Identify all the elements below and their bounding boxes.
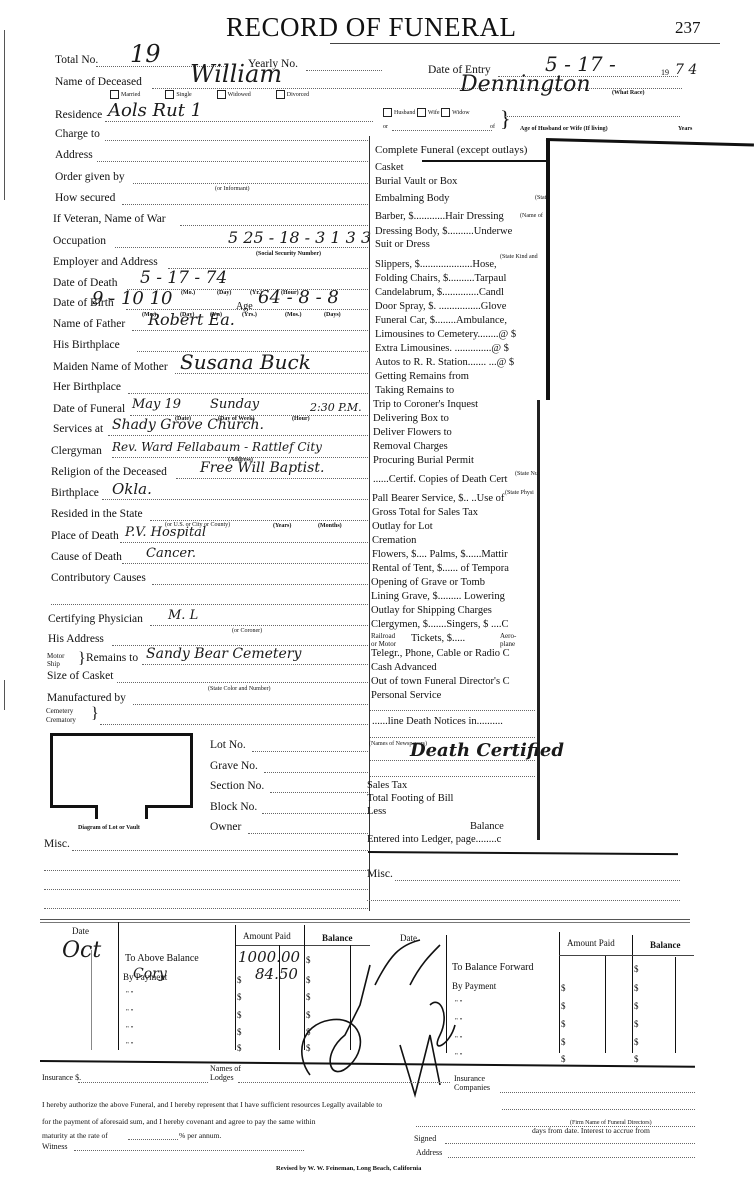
- religion-value[interactable]: Free Will Baptist.: [200, 460, 324, 476]
- witness-label: Witness: [42, 1142, 67, 1151]
- charge-item: Casket: [375, 162, 404, 173]
- ledger-row-amount-currency: $: [237, 1027, 242, 1037]
- authorization-line2: for the payment of aforesaid sum, and I …: [42, 1117, 316, 1126]
- charge-item: Autos to R. R. Station....... ...@ $: [375, 357, 514, 368]
- charge-item: Rental of Tent, $...... of Tempora: [372, 563, 509, 574]
- charges-header-underline: [422, 160, 547, 162]
- charge-item: Slippers, $....................Hose,: [375, 259, 497, 270]
- charge-item: Barber, $............Hair Dressing: [375, 211, 504, 222]
- ledger-row-label: " ": [126, 1025, 133, 1033]
- ssn-value[interactable]: 5 25 - 18 - 3 1 3 3: [228, 228, 371, 247]
- religion-label: Religion of the Deceased: [51, 466, 167, 478]
- page-number: 237: [675, 18, 701, 38]
- brace-motor: }: [78, 650, 86, 668]
- ledger-right-col3: [605, 955, 606, 1053]
- charge-item: Flowers, $.... Palms, $......Mattir: [372, 549, 508, 560]
- residence-label: Residence: [55, 109, 102, 121]
- grave-no-label: Grave No.: [210, 760, 258, 772]
- charge-item: ......line Death Notices in..........: [372, 716, 503, 727]
- age-spouse-label: Age of Husband or Wife (If living): [520, 126, 608, 132]
- charge-item: Suit or Dress: [375, 239, 430, 250]
- veteran-label: If Veteran, Name of War: [53, 213, 166, 225]
- services-at-value[interactable]: Shady Grove Church.: [112, 417, 264, 433]
- ledger-row-balance-currency: $: [634, 1019, 639, 1029]
- ledger-row-amount-currency: $: [561, 1037, 566, 1047]
- father-label: Name of Father: [53, 318, 125, 330]
- address-line[interactable]: [448, 1157, 695, 1158]
- death-certified-handwriting[interactable]: Death Certified: [410, 740, 564, 761]
- ledger-row-label: To Above Balance: [125, 953, 199, 964]
- ledger-row-amount-currency: $: [561, 1001, 566, 1011]
- section-no-label: Section No.: [210, 780, 264, 792]
- charge-item: Funeral Car, $........Ambulance,: [375, 315, 507, 326]
- note-state-nu: (State Nu: [515, 471, 538, 477]
- husband-label: Husband: [394, 110, 415, 116]
- charge-item: Taking Remains to: [375, 385, 454, 396]
- ledger-row-balance-currency: $: [634, 1001, 639, 1011]
- ledger-row-amount-currency: $: [561, 1019, 566, 1029]
- checkbox-married[interactable]: [110, 90, 119, 99]
- name-first-value[interactable]: William: [190, 60, 282, 88]
- revised-by: Revised by W. W. Feineman, Long Beach, C…: [276, 1165, 421, 1172]
- aeroplane-bottom: plane: [500, 640, 515, 648]
- cemetery-label: Cemetery: [46, 707, 73, 715]
- title-underline: [330, 43, 720, 44]
- married-label: Married: [121, 92, 140, 98]
- charge-item: Entered into Ledger, page........c: [367, 834, 501, 845]
- charge-item: Cremation: [372, 535, 416, 546]
- name-of-deceased-label: Name of Deceased: [55, 76, 142, 88]
- signed-line[interactable]: [445, 1143, 695, 1144]
- clergyman-value[interactable]: Rev. Ward Fellabaum - Rattlef City: [112, 440, 322, 454]
- checkbox-widow[interactable]: [441, 108, 450, 117]
- charge-item: Delivering Box to: [373, 413, 449, 424]
- charge-item: Embalming Body: [375, 193, 449, 204]
- charge-item: Tickets, $.....: [411, 633, 465, 644]
- funeral-day-value[interactable]: Sunday: [210, 397, 259, 412]
- size-of-casket-label: Size of Casket: [47, 670, 113, 682]
- charge-item: Outlay for Lot: [372, 521, 433, 532]
- birth-note-mos: (Mos.): [285, 312, 302, 318]
- single-label: Single: [176, 92, 191, 98]
- charge-item: Deliver Flowers to: [373, 427, 452, 438]
- checkbox-husband[interactable]: [383, 108, 392, 117]
- ledger-row-balance-currency: $: [634, 1037, 639, 1047]
- ledger-left-col0: [91, 950, 92, 1050]
- block-no-label: Block No.: [210, 801, 257, 813]
- ledger-left-col2: [235, 925, 236, 1050]
- birth-note-yrs: (Yrs.): [242, 312, 257, 318]
- birthplace-label: Birthplace: [51, 487, 99, 499]
- redaction-top-line: [546, 138, 754, 146]
- ship-label: Ship: [47, 660, 60, 668]
- lot-diagram: [50, 733, 193, 808]
- residence-value[interactable]: Aols Rut 1: [108, 100, 202, 121]
- name-last-value[interactable]: Dennington: [460, 72, 591, 97]
- ledger-row-amount-currency: $: [237, 992, 242, 1002]
- ledger-right-col4: [632, 935, 633, 1053]
- ledger-row-amount-currency: $: [237, 1043, 242, 1053]
- wife-label: Wife: [428, 110, 440, 116]
- mother-maiden-value[interactable]: Susana Buck: [180, 350, 311, 374]
- ledger-left-amount-header: Amount Paid: [243, 931, 291, 941]
- funeral-note-hour: (Hour): [292, 416, 310, 422]
- father-value[interactable]: Robert Ea.: [148, 310, 235, 329]
- divorced-label: Divorced: [287, 92, 309, 98]
- widowed-label: Widowed: [228, 92, 251, 98]
- charge-item: Folding Chairs, $..........Tarpaul: [375, 273, 506, 284]
- charge-item: Door Spray, $. ................Glove: [375, 301, 506, 312]
- checkbox-divorced[interactable]: [276, 90, 285, 99]
- mother-maiden-label: Maiden Name of Mother: [53, 361, 168, 373]
- authorization-line1: I hereby authorize the above Funeral, an…: [42, 1100, 382, 1109]
- charge-item: ......Certif. Copies of Death Cert: [373, 474, 507, 485]
- date-of-birth-value[interactable]: 9 - 10 10: [92, 288, 173, 309]
- percent-text: % per annum.: [179, 1131, 221, 1140]
- his-address-label: His Address: [48, 633, 104, 645]
- employer-label: Employer and Address: [53, 256, 158, 268]
- ledger-top-border: [40, 919, 690, 920]
- charge-item: Gross Total for Sales Tax: [372, 507, 478, 518]
- charge-item: Getting Remains from: [375, 371, 469, 382]
- date-year-value[interactable]: 7 4: [675, 62, 697, 78]
- lot-diagram-post-right: [145, 805, 148, 819]
- lodges-label-bottom: Lodges: [210, 1073, 234, 1082]
- birthplace-value[interactable]: Okla.: [112, 480, 152, 498]
- margin-mark: [4, 30, 5, 200]
- manufactured-by-label: Manufactured by: [47, 692, 126, 704]
- charges-right-edge: [546, 140, 550, 400]
- remains-to-label: Remains to: [86, 652, 138, 664]
- certifying-physician-label: Certifying Physician: [48, 613, 143, 625]
- lot-diagram-bottom-left: [50, 805, 98, 808]
- days-text: days from date. Interest to accrue from: [532, 1126, 650, 1135]
- total-no-value[interactable]: 19: [130, 40, 161, 68]
- cause-of-death-value[interactable]: Cancer.: [146, 546, 196, 561]
- charge-item: Telegr., Phone, Cable or Radio C: [371, 648, 510, 659]
- resided-note-months: (Months): [318, 523, 342, 529]
- railroad-label-bottom: or Motor: [371, 640, 396, 648]
- note-name-of: (Name of: [520, 213, 543, 219]
- address-label: Address: [55, 149, 93, 161]
- services-at-label: Services at: [53, 423, 103, 435]
- ledger-row-balance-currency: $: [634, 964, 639, 974]
- crematory-label: Crematory: [46, 716, 76, 724]
- lot-diagram-post-left: [95, 805, 98, 819]
- charge-item: Less: [367, 806, 386, 817]
- spouse-of: of: [490, 124, 495, 130]
- lot-no-label: Lot No.: [210, 739, 246, 751]
- witness-line[interactable]: [74, 1150, 304, 1151]
- charge-item: Opening of Grave or Tomb: [371, 577, 485, 588]
- railroad-label-top: Railroad: [371, 632, 395, 640]
- charge-item: Balance: [470, 821, 504, 832]
- maturity-text: maturity at the rate of: [42, 1131, 108, 1140]
- ledger-row-amount-currency: $: [561, 983, 566, 993]
- resided-label: Resided in the State: [51, 508, 143, 520]
- casket-color-note: (State Color and Number): [208, 686, 270, 692]
- informant-note: (or Informant): [215, 186, 250, 192]
- margin-mark: [4, 680, 5, 710]
- marital-checkboxes: Married Single Widowed Divorced: [110, 90, 309, 99]
- ledger-left-date-header: Date: [72, 926, 89, 936]
- ssn-note: (Social Security Number): [256, 251, 321, 257]
- place-of-death-value[interactable]: P.V. Hospital: [125, 525, 206, 540]
- age-spouse-years: Years: [678, 126, 692, 132]
- charge-item: Candelabrum, $..............Candl: [375, 287, 504, 298]
- insurance-companies-bottom: Companies: [454, 1083, 490, 1092]
- ledger-row-balance-currency: $: [634, 1054, 639, 1064]
- death-note-day: (Day): [217, 290, 231, 296]
- charges-header: Complete Funeral (except outlays): [375, 144, 527, 156]
- aeroplane-top: Aero-: [500, 632, 516, 640]
- diagram-label: Diagram of Lot or Vault: [78, 825, 140, 831]
- ledger-row-label: " ": [126, 1041, 133, 1049]
- insurance-companies-top: Insurance: [454, 1074, 485, 1083]
- ledger-divider: [368, 851, 678, 855]
- checkbox-widowed[interactable]: [217, 90, 226, 99]
- ledger-right-balance-header: Balance: [650, 940, 681, 950]
- birth-note-days: (Days): [324, 312, 341, 318]
- charges-right-edge-lower: [537, 400, 540, 840]
- ledger-right-col2: [559, 932, 560, 1053]
- brace-cemetery: }: [91, 705, 99, 723]
- charge-item: Lining Grave, $......... Lowering: [371, 591, 505, 602]
- place-of-death-label: Place of Death: [51, 530, 119, 542]
- charge-item: Trip to Coroner's Inquest: [373, 399, 478, 410]
- order-given-by-label: Order given by: [55, 171, 125, 183]
- remains-to-value[interactable]: Sandy Bear Cemetery: [146, 646, 301, 662]
- note-state-physi: (State Physi: [505, 490, 534, 496]
- checkbox-wife[interactable]: [417, 108, 426, 117]
- certifying-physician-value[interactable]: M. L: [168, 608, 198, 623]
- date-year-prefix: 19: [661, 68, 669, 77]
- page-title: RECORD OF FUNERAL: [226, 12, 517, 43]
- contributory-causes-label: Contributory Causes: [51, 572, 146, 584]
- age-value[interactable]: 64 - 8 - 8: [258, 287, 339, 308]
- checkbox-single[interactable]: [165, 90, 174, 99]
- insurance-label: Insurance $.: [42, 1073, 81, 1082]
- what-race-label: (What Race): [612, 90, 645, 96]
- ledger-row-label: " ": [126, 1008, 133, 1016]
- motor-label: Motor: [47, 652, 65, 660]
- clergyman-label: Clergyman: [51, 445, 102, 457]
- widow-label: Widow: [452, 110, 469, 116]
- death-note-mo: (Mo.): [181, 290, 195, 296]
- funeral-date-value[interactable]: May 19: [132, 397, 181, 412]
- note-state-kind: (State Kind and: [500, 254, 538, 260]
- charge-item: Outlay for Shipping Charges: [371, 605, 492, 616]
- charge-item: Cash Advanced: [371, 662, 437, 673]
- spouse-or: or: [383, 124, 388, 130]
- misc-right-label: Misc.: [367, 868, 393, 880]
- ledger-row-amount-currency: $: [237, 1010, 242, 1020]
- charge-item: Pall Bearer Service, $.. ..Use of: [372, 493, 504, 504]
- signed-label: Signed: [414, 1134, 436, 1143]
- date-of-death-value[interactable]: 5 - 17 - 74: [140, 268, 227, 288]
- charge-item: Dressing Body, $..........Underwe: [375, 226, 512, 237]
- how-secured-label: How secured: [55, 192, 115, 204]
- charge-item: Burial Vault or Box: [375, 176, 457, 187]
- resided-note-years: (Years): [273, 523, 291, 529]
- charge-item: Personal Service: [371, 690, 441, 701]
- age-label: Age: [236, 301, 253, 312]
- ledger-row-balance-currency: $: [634, 983, 639, 993]
- ledger-row-handwriting[interactable]: Cory: [133, 966, 167, 982]
- charge-item: Out of town Funeral Director's C: [371, 676, 510, 687]
- funeral-hour-value[interactable]: 2:30 P.M.: [310, 401, 362, 414]
- charge-item: Limousines to Cemetery........@ $: [375, 329, 516, 340]
- his-birthplace-label: His Birthplace: [53, 339, 120, 351]
- ledger-row-amount-currency: $: [237, 975, 242, 985]
- note-state: (State: [535, 195, 549, 201]
- cause-of-death-label: Cause of Death: [51, 551, 122, 563]
- ledger-right-amount-header: Amount Paid: [567, 938, 615, 948]
- lodges-label-top: Names of: [210, 1064, 241, 1073]
- charge-item: Procuring Burial Permit: [373, 455, 474, 466]
- charge-item: Clergymen, $.......Singers, $ ....C: [371, 619, 508, 630]
- charge-item: Removal Charges: [373, 441, 448, 452]
- brace: }: [500, 106, 511, 132]
- ledger-left-date-value[interactable]: Oct: [62, 938, 101, 963]
- spouse-checkboxes: Husband Wife Widow: [383, 108, 470, 117]
- charge-item: Total Footing of Bill: [367, 793, 453, 804]
- date-of-funeral-label: Date of Funeral: [53, 403, 125, 415]
- charge-item: Extra Limousines. ..............@ $: [375, 343, 509, 354]
- occupation-label: Occupation: [53, 235, 106, 247]
- lot-diagram-bottom-right: [145, 805, 193, 808]
- coroner-note: (or Coroner): [232, 628, 262, 634]
- ledger-top-border-2: [40, 922, 690, 923]
- total-no-label: Total No.: [55, 54, 98, 66]
- her-birthplace-label: Her Birthplace: [53, 381, 121, 393]
- ledger-row-label: " ": [126, 990, 133, 998]
- charge-item: Sales Tax: [367, 780, 407, 791]
- charge-to-label: Charge to: [55, 128, 100, 140]
- ledger-row-amount-currency: $: [561, 1054, 566, 1064]
- ledger-left-col1: [118, 922, 119, 1050]
- misc-left-label: Misc.: [44, 838, 70, 850]
- owner-label: Owner: [210, 821, 241, 833]
- address-label: Address: [416, 1148, 442, 1157]
- ledger-right-col5: [675, 957, 676, 1053]
